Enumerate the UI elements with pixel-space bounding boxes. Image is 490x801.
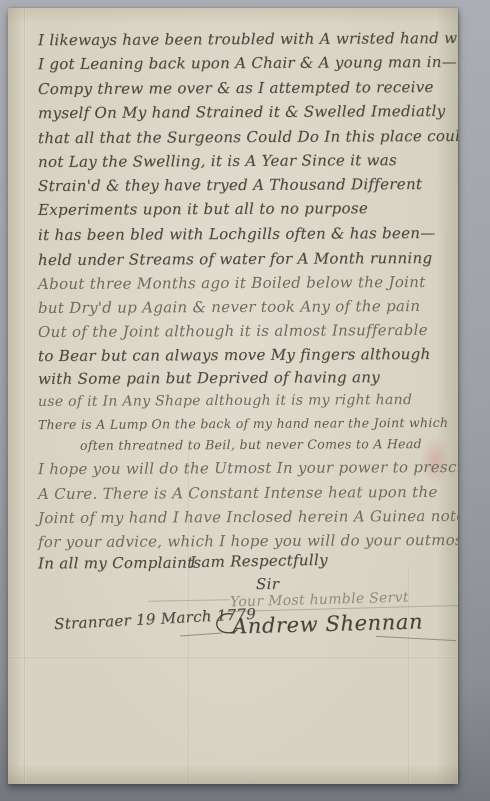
letter-line: that all that the Surgeons Could Do In t… — [38, 127, 458, 147]
letter-line: Compy threw me over & as I attempted to … — [38, 78, 434, 98]
letter-line-inserted: often threatned to Beil, but never Comes… — [80, 436, 422, 453]
horizontal-fold-crease — [8, 656, 458, 658]
letter-page: I likeways have been troubled with A wri… — [8, 8, 458, 784]
letter-line: not Lay the Swelling, it is A Year Since… — [38, 151, 397, 171]
letter-line: I got Leaning back upon A Chair & A youn… — [38, 53, 457, 73]
closing-respectfully: I am Respectfully — [190, 551, 328, 571]
letter-line: About three Months ago it Boiled below t… — [38, 273, 426, 293]
letter-line: I hope you will do the Utmost In your po… — [38, 458, 458, 478]
letter-line: but Dry'd up Again & never took Any of t… — [38, 297, 420, 317]
closing-sir: Sir — [256, 575, 279, 593]
letter-line: use of it In Any Shape although it is my… — [38, 392, 412, 411]
signature-flourish-line — [376, 636, 456, 641]
letter-line: myself On My hand Strained it & Swelled … — [38, 102, 445, 122]
photograph-background: { "page": { "background_color": "#9da1a7… — [0, 0, 490, 801]
letter-line: I likeways have been troubled with A wri… — [38, 29, 458, 49]
left-fold-crease — [24, 8, 26, 784]
letter-line: Joint of my hand I have Inclosed herein … — [38, 507, 458, 527]
closing-complaints: In all my Complaints — [38, 554, 201, 573]
letter-line: A Cure. There is A Constant Intense heat… — [38, 483, 438, 503]
letter-line: it has been bled with Lochgills often & … — [38, 224, 436, 244]
letter-line: to Bear but can always move My fingers a… — [38, 345, 431, 365]
letter-line: with Some pain but Deprived of having an… — [38, 368, 380, 388]
letter-line-inserted: There is A Lump On the back of my hand n… — [38, 415, 448, 432]
letter-line: Out of the Joint although it is almost I… — [38, 321, 428, 341]
letter-line: for your advice, which I hope you will d… — [38, 531, 458, 551]
signature: Andrew Shennan — [232, 610, 424, 640]
letter-line: Experiments upon it but all to no purpos… — [38, 199, 368, 219]
letter-line: Strain'd & they have tryed A Thousand Di… — [38, 175, 422, 195]
letter-line: held under Streams of water for A Month … — [38, 249, 432, 269]
